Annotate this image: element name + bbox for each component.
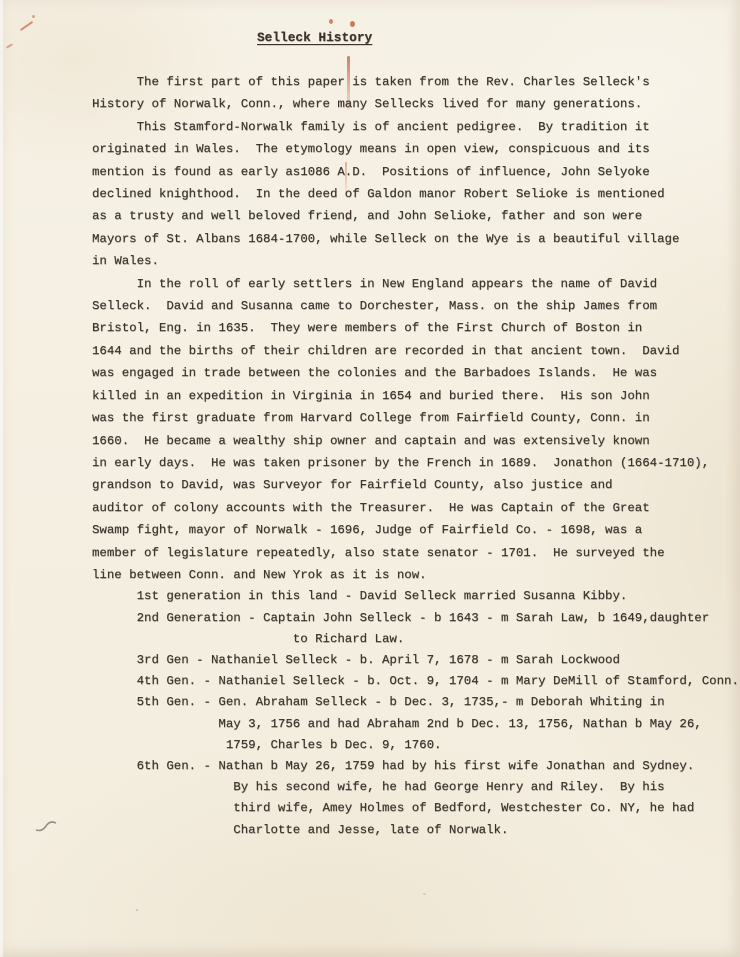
generation-entry-5: 5th Gen. - Gen. Abraham Selleck - b Dec.… [92, 692, 740, 756]
generation-entry-3: 3rd Gen - Nathaniel Selleck - b. April 7… [92, 650, 740, 671]
typed-text-column: Selleck History The first part of this p… [0, 0, 740, 841]
paragraph-intro: The first part of this paper is taken fr… [92, 71, 740, 116]
page-title: Selleck History [257, 27, 372, 49]
generation-entry-6: 6th Gen. - Nathan b May 26, 1759 had by … [92, 756, 740, 841]
paper-speck [136, 909, 138, 911]
generation-list: 1st generation in this land - David Sell… [92, 586, 740, 840]
paragraph-origins: This Stamford-Norwalk family is of ancie… [92, 116, 740, 273]
paragraph-settlers: In the roll of early settlers in New Eng… [92, 273, 740, 587]
generation-entry-1: 1st generation in this land - David Sell… [92, 586, 740, 607]
title-row: Selleck History [92, 27, 740, 71]
paper-speck [423, 893, 426, 895]
generation-entry-4: 4th Gen. - Nathaniel Selleck - b. Oct. 9… [92, 671, 740, 692]
generation-entry-2: 2nd Generation - Captain John Selleck - … [92, 608, 740, 650]
body-paragraphs: The first part of this paper is taken fr… [92, 71, 740, 586]
scanned-document-page: Selleck History The first part of this p… [0, 0, 740, 957]
